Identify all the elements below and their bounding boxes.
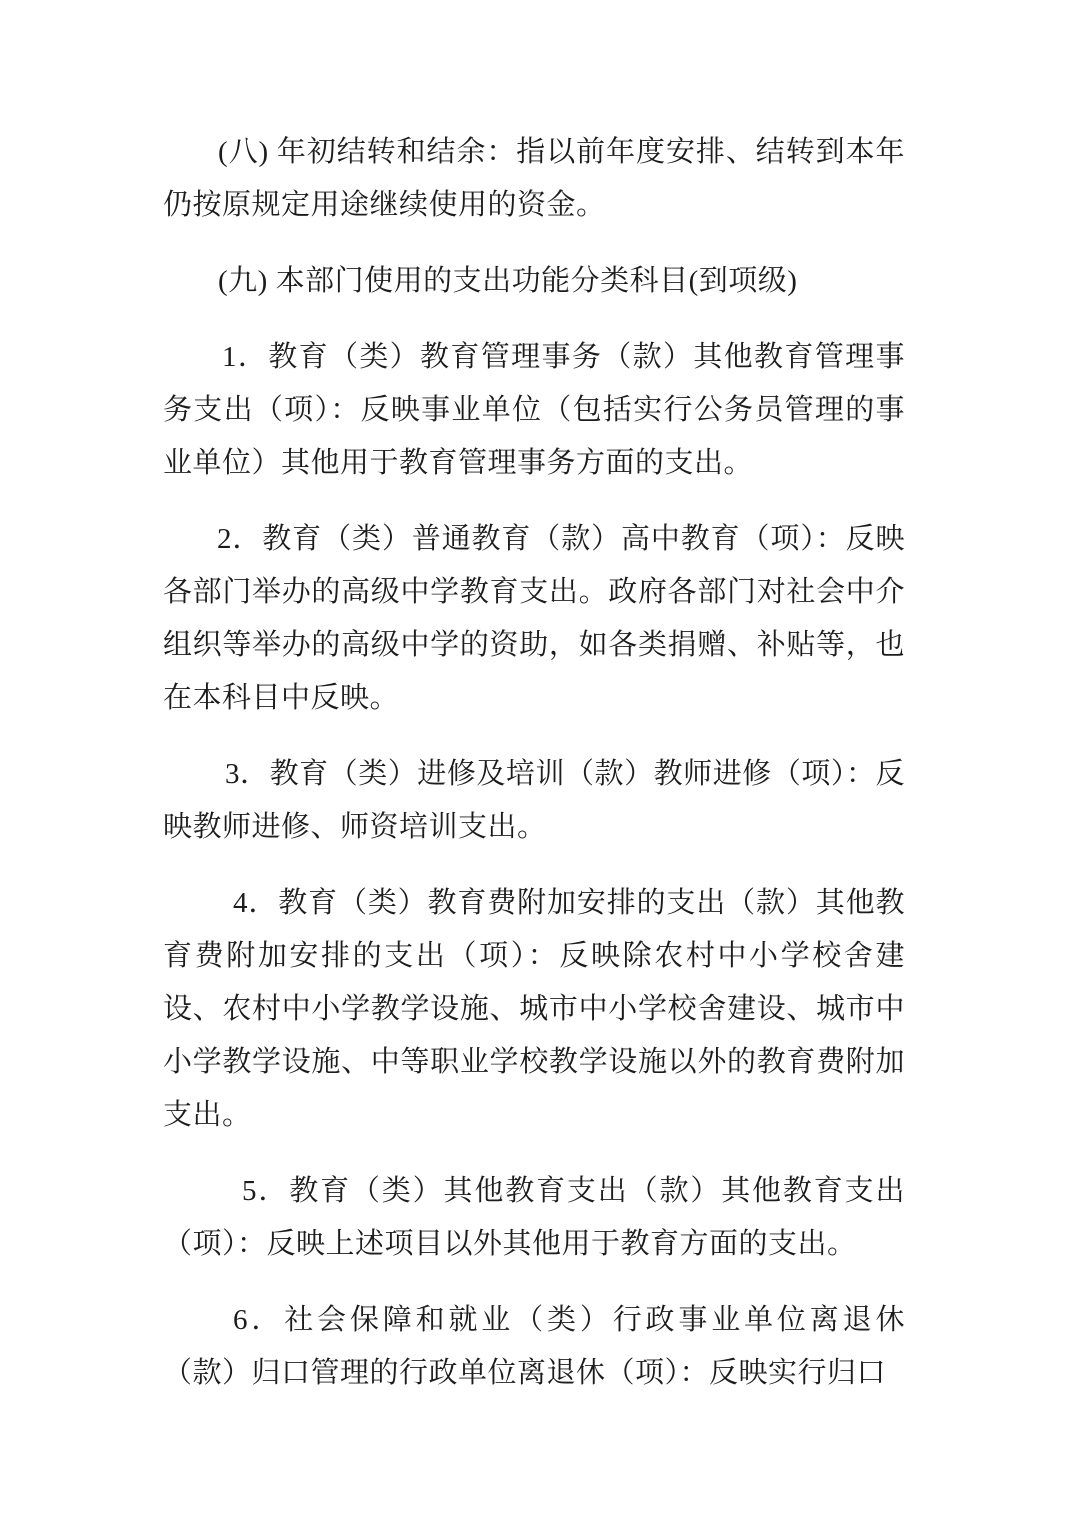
paragraph-section-9-heading: (九) 本部门使用的支出功能分类科目(到项级) [163, 255, 905, 308]
paragraph-item-5-other-education-expense: 5．教育（类）其他教育支出（款）其他教育支出（项）：反映上述项目以外其他用于教育… [163, 1165, 905, 1271]
paragraph-section-8-carryover-definition: (八) 年初结转和结余：指以前年度安排、结转到本年仍按原规定用途继续使用的资金。 [163, 126, 905, 232]
paragraph-item-6-social-security-retirement: 6．社会保障和就业（类）行政事业单位离退休（款）归口管理的行政单位离退休（项）：… [163, 1294, 905, 1400]
document-page: (八) 年初结转和结余：指以前年度安排、结转到本年仍按原规定用途继续使用的资金。… [0, 0, 1075, 1520]
paragraph-item-1-education-management: 1．教育（类）教育管理事务（款）其他教育管理事务支出（项）：反映事业单位（包括实… [163, 331, 905, 490]
paragraph-item-2-high-school-education: 2．教育（类）普通教育（款）高中教育（项）：反映各部门举办的高级中学教育支出。政… [163, 513, 905, 725]
paragraph-item-3-teacher-training: 3．教育（类）进修及培训（款）教师进修（项）：反映教师进修、师资培训支出。 [163, 748, 905, 854]
paragraph-item-4-education-surcharge: 4．教育（类）教育费附加安排的支出（款）其他教育费附加安排的支出（项）：反映除农… [163, 877, 905, 1142]
